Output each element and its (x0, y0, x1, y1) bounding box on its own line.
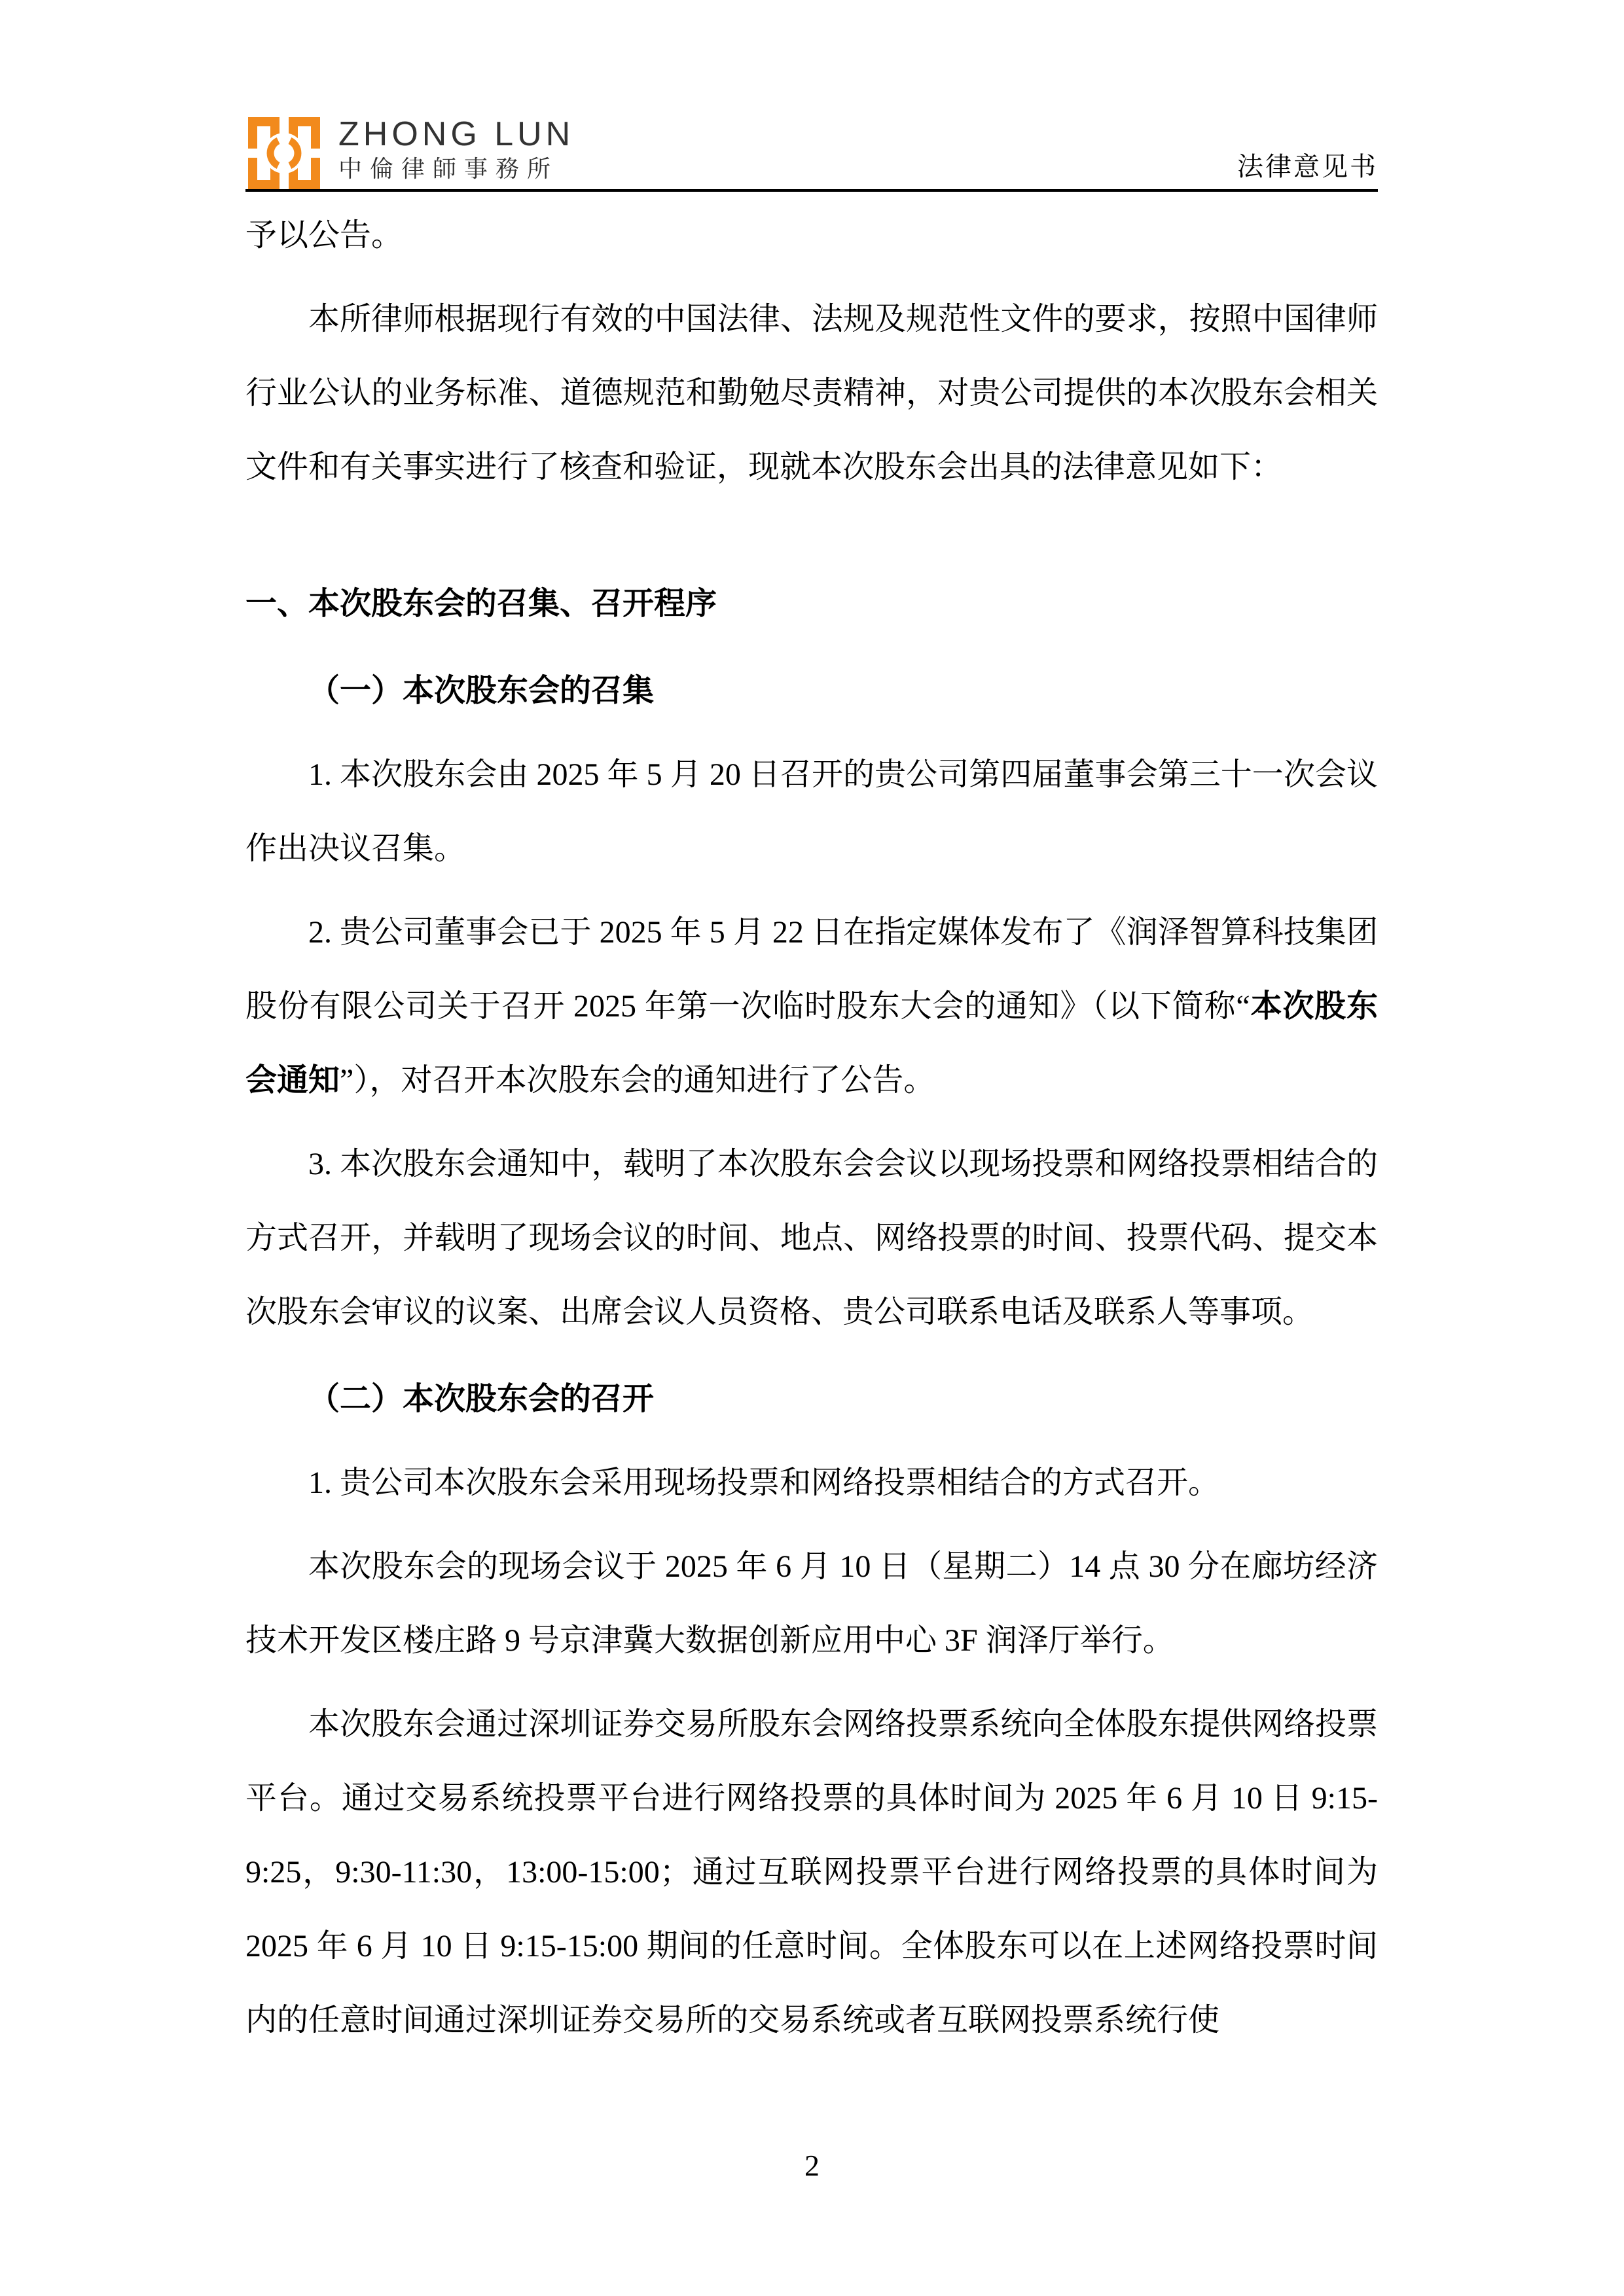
legal-opinion-page: ZHONG LUN 中倫律師事務所 法律意见书 予以公告。 本所律师根据现行有效… (0, 0, 1624, 2296)
paragraph-lawyer-statement: 本所律师根据现行有效的中国法律、法规及规范性文件的要求，按照中国律师行业公认的业… (245, 282, 1378, 504)
section-heading-1: 一、本次股东会的召集、召开程序 (245, 567, 1378, 641)
subsection-heading-1-1: （一）本次股东会的召集 (245, 654, 1378, 728)
item-2-text-post: ”），对召开本次股东会的通知进行了公告。 (340, 1063, 935, 1098)
page-header: ZHONG LUN 中倫律師事務所 法律意见书 (245, 0, 1378, 192)
paragraph-item-4: 1. 贵公司本次股东会采用现场投票和网络投票相结合的方式召开。 (245, 1446, 1378, 1520)
paragraph-item-2: 2. 贵公司董事会已于 2025 年 5 月 22 日在指定媒体发布了《润泽智算… (245, 895, 1378, 1117)
paragraph-continuation: 予以公告。 (245, 198, 1378, 272)
paragraph-item-3: 3. 本次股东会通知中，载明了本次股东会会议以现场投票和网络投票相结合的方式召开… (245, 1127, 1378, 1349)
logo-cjk-name: 中倫律師事務所 (338, 153, 574, 185)
paragraph-venue: 本次股东会的现场会议于 2025 年 6 月 10 日（星期二）14 点 30 … (245, 1530, 1378, 1677)
page-number: 2 (0, 2149, 1624, 2183)
item-2-text-pre: 2. 贵公司董事会已于 2025 年 5 月 22 日在指定媒体发布了《润泽智算… (245, 915, 1378, 1024)
document-type-label: 法律意见书 (1237, 152, 1378, 181)
subsection-heading-1-2: （二）本次股东会的召开 (245, 1362, 1378, 1436)
paragraph-item-1: 1. 本次股东会由 2025 年 5 月 20 日召开的贵公司第四届董事会第三十… (245, 738, 1378, 886)
logo-latin-name: ZHONG LUN (338, 115, 574, 153)
logo-wordmark: ZHONG LUN 中倫律師事務所 (338, 115, 574, 185)
paragraph-online-voting: 本次股东会通过深圳证券交易所股东会网络投票系统向全体股东提供网络投票平台。通过交… (245, 1687, 1378, 2057)
document-body: 予以公告。 本所律师根据现行有效的中国法律、法规及规范性文件的要求，按照中国律师… (245, 192, 1378, 2057)
zhonglun-logo-icon (248, 117, 320, 189)
